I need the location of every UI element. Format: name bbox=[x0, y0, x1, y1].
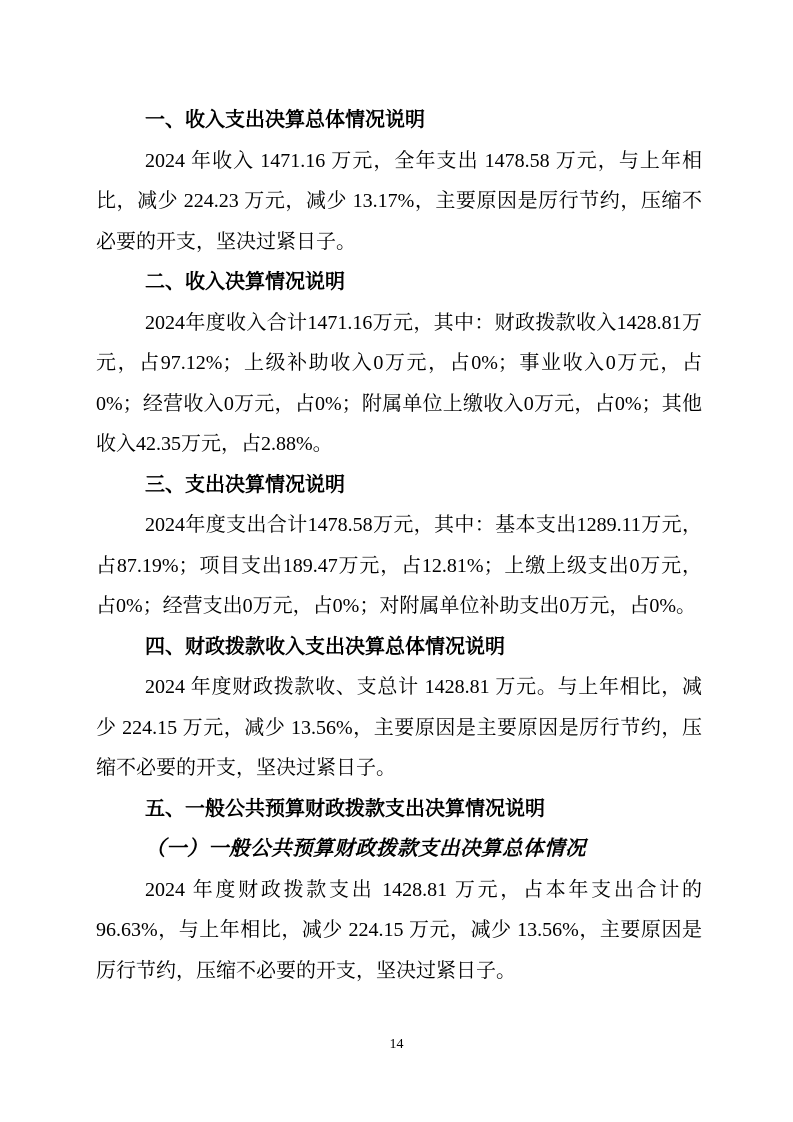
section-heading: 三、支出决算情况说明 bbox=[96, 465, 702, 506]
body-paragraph: 2024 年收入 1471.16 万元，全年支出 1478.58 万元，与上年相… bbox=[96, 141, 702, 263]
section-heading: 二、收入决算情况说明 bbox=[96, 262, 702, 303]
section-income-final-accounts: 二、收入决算情况说明 2024年度收入合计1471.16万元，其中：财政拨款收入… bbox=[96, 262, 702, 465]
section-general-public-budget-expenditure: 五、一般公共预算财政拨款支出决算情况说明 （一）一般公共预算财政拨款支出决算总体… bbox=[96, 789, 702, 992]
section-expenditure-final-accounts: 三、支出决算情况说明 2024年度支出合计1478.58万元，其中：基本支出12… bbox=[96, 465, 702, 627]
body-paragraph: 2024年度支出合计1478.58万元，其中：基本支出1289.11万元，占87… bbox=[96, 505, 702, 627]
body-paragraph: 2024年度收入合计1471.16万元，其中：财政拨款收入1428.81万元，占… bbox=[96, 303, 702, 465]
section-heading: 四、财政拨款收入支出决算总体情况说明 bbox=[96, 627, 702, 668]
section-fiscal-appropriation-overview: 四、财政拨款收入支出决算总体情况说明 2024 年度财政拨款收、支总计 1428… bbox=[96, 627, 702, 789]
section-heading: 一、收入支出决算总体情况说明 bbox=[96, 100, 702, 141]
section-heading: 五、一般公共预算财政拨款支出决算情况说明 bbox=[96, 789, 702, 830]
document-page: 一、收入支出决算总体情况说明 2024 年收入 1471.16 万元，全年支出 … bbox=[0, 0, 793, 1122]
page-number: 14 bbox=[0, 1036, 793, 1054]
document-content: 一、收入支出决算总体情况说明 2024 年收入 1471.16 万元，全年支出 … bbox=[96, 100, 702, 991]
subsection-heading: （一）一般公共预算财政拨款支出决算总体情况 bbox=[96, 829, 702, 870]
body-paragraph: 2024 年度财政拨款支出 1428.81 万元，占本年支出合计的96.63%，… bbox=[96, 870, 702, 992]
body-paragraph: 2024 年度财政拨款收、支总计 1428.81 万元。与上年相比，减少 224… bbox=[96, 667, 702, 789]
section-income-expenditure-overview: 一、收入支出决算总体情况说明 2024 年收入 1471.16 万元，全年支出 … bbox=[96, 100, 702, 262]
